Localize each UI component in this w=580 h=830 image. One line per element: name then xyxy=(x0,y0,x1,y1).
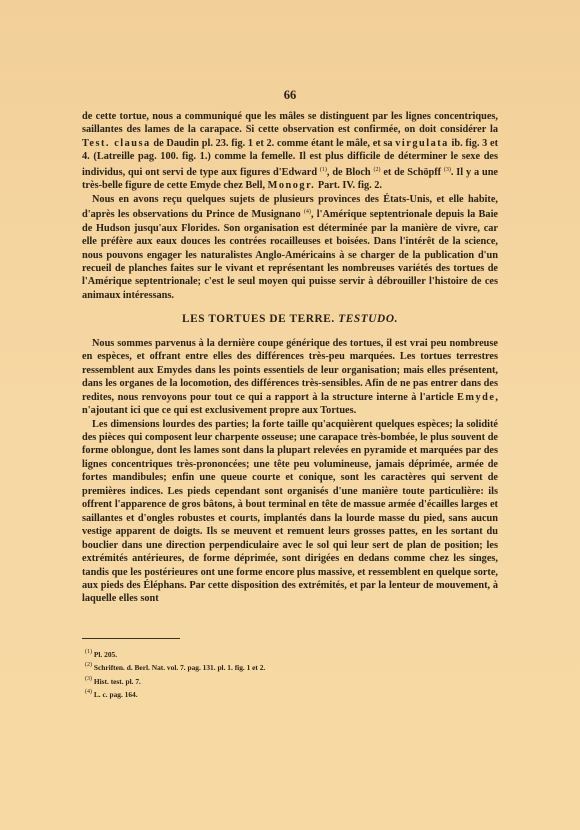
text-run: de cette tortue, nous a communiqué que l… xyxy=(82,111,498,135)
footnote-divider xyxy=(82,638,180,639)
footnote: (3) Hist. test. pl. 7. xyxy=(85,674,265,687)
heading-main: LES TORTUES DE TERRE. xyxy=(182,313,335,325)
footnote-mark: (2) xyxy=(85,662,92,668)
footnote-text: Pl. 205. xyxy=(94,650,117,659)
section-heading: LES TORTUES DE TERRE. TESTUDO. xyxy=(82,313,498,326)
footnote-text: Hist. test. pl. 7. xyxy=(94,677,141,686)
footnote-mark: (1) xyxy=(85,649,92,655)
footnote-text: L. c. pag. 164. xyxy=(94,690,138,699)
paragraph-1: de cette tortue, nous a communiqué que l… xyxy=(82,110,498,193)
body-text: de cette tortue, nous a communiqué que l… xyxy=(82,110,498,606)
footnote: (4) L. c. pag. 164. xyxy=(85,687,265,700)
page-number: 66 xyxy=(0,88,580,103)
paragraph-3: Nous sommes parvenus à la dernière coupe… xyxy=(82,337,498,418)
footnote-ref: (3) xyxy=(444,167,451,173)
species-name: Test. clausa xyxy=(82,138,151,149)
footnote: (2) Schriften. d. Berl. Nat. vol. 7. pag… xyxy=(85,660,265,673)
footnotes: (1) Pl. 205. (2) Schriften. d. Berl. Nat… xyxy=(85,647,265,701)
work-title: Monogr. xyxy=(268,180,316,191)
footnote: (1) Pl. 205. xyxy=(85,647,265,660)
text-run: , de Bloch xyxy=(327,167,374,178)
heading-genus: TESTUDO. xyxy=(338,313,398,325)
footnote-text: Schriften. d. Berl. Nat. vol. 7. pag. 13… xyxy=(94,663,265,672)
article-ref: Emyde xyxy=(457,392,495,403)
text-run: et de Schöpff xyxy=(380,167,443,178)
text-run: de Daudin pl. 23. fig. 1 et 2. comme éta… xyxy=(151,138,396,149)
paragraph-4: Les dimensions lourdes des parties; la f… xyxy=(82,418,498,606)
footnote-mark: (3) xyxy=(85,676,92,682)
book-page: 66 de cette tortue, nous a communiqué qu… xyxy=(0,0,580,830)
text-run: Nous sommes parvenus à la dernière coupe… xyxy=(82,338,498,403)
paragraph-2: Nous en avons reçu quelques sujets de pl… xyxy=(82,193,498,303)
footnote-ref: (1) xyxy=(320,167,327,173)
footnote-mark: (4) xyxy=(85,689,92,695)
text-run: Part. IV. fig. 2. xyxy=(315,180,382,191)
text-run: , l'Amérique septentrionale depuis la Ba… xyxy=(82,209,498,301)
species-name: virgulata xyxy=(395,138,449,149)
footnote-ref: (4) xyxy=(304,209,311,215)
